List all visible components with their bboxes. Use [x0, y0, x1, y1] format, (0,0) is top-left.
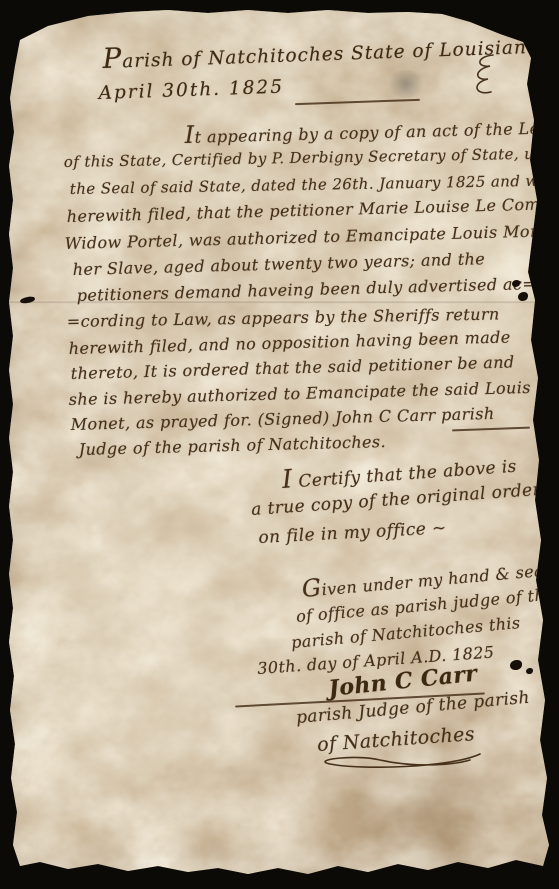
- body-line: the Seal of said State, dated the 26th. …: [70, 171, 559, 198]
- heading-rule: [295, 99, 420, 105]
- ink-blot: [510, 660, 522, 670]
- body-line: thereto, It is ordered that the said pet…: [71, 352, 515, 383]
- ink-blot: [20, 296, 36, 304]
- ink-blot: [526, 668, 533, 674]
- certification-line: on file in my office ~: [258, 518, 447, 548]
- paraph-flourish-icon: [463, 52, 505, 104]
- body-line: =cording to Law, as appears by the Sheri…: [67, 304, 500, 331]
- body-line: of this State, Certified by P. Derbigny …: [64, 144, 559, 171]
- body-end-rule: [452, 427, 530, 432]
- body-line: petitioners demand haveing been duly adv…: [77, 274, 537, 305]
- ink-blot: [518, 292, 528, 301]
- heading-line-2: April 30th. 1825: [98, 77, 284, 104]
- body-line: Judge of the parish of Natchitoches.: [79, 432, 387, 459]
- document-scan: Parish of Natchitoches State of Louisian…: [0, 0, 559, 889]
- body-line: It appearing by a copy of an act of the …: [184, 115, 559, 147]
- body-line: Monet, as prayed for. (Signed) John C Ca…: [71, 404, 495, 434]
- body-line: Widow Portel, was authorized to Emancipa…: [65, 221, 558, 253]
- signature-flourish-icon: [300, 752, 485, 774]
- ink-smudge: [386, 70, 426, 98]
- body-line: herewith filed, that the petitioner Mari…: [67, 194, 559, 226]
- paper-sheet: Parish of Natchitoches State of Louisian…: [0, 0, 559, 889]
- body-line: her Slave, aged about twenty two years; …: [73, 249, 486, 279]
